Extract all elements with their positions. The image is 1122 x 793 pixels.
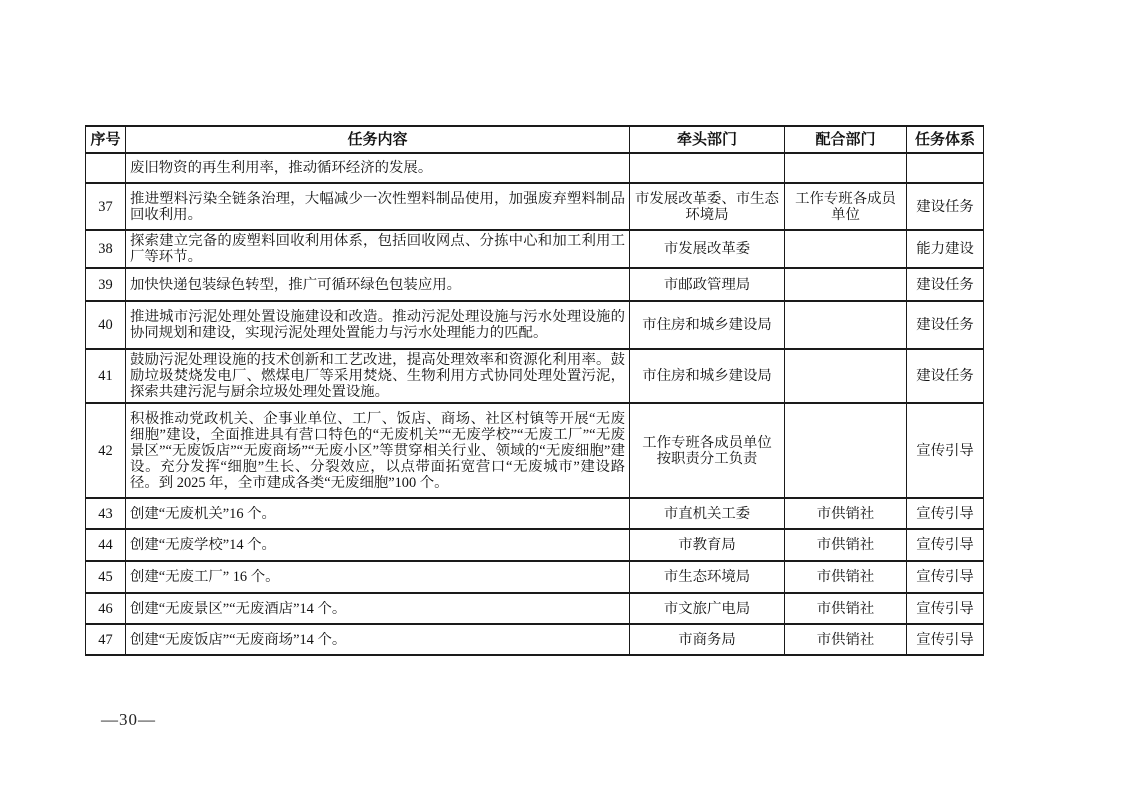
cell-lead-department: 市生态环境局 <box>630 561 785 593</box>
cell-support-department: 工作专班各成员 单位 <box>785 183 907 230</box>
cell-support-department: 市供销社 <box>785 498 907 529</box>
table-row: 43 创建“无废机关”16 个。 市直机关工委 市供销社 宣传引导 <box>86 498 984 529</box>
cell-serial: 43 <box>86 498 126 529</box>
cell-serial: 47 <box>86 624 126 655</box>
table-row: 47 创建“无废饭店”“无废商场”14 个。 市商务局 市供销社 宣传引导 <box>86 624 984 655</box>
cell-task-content: 创建“无废机关”16 个。 <box>126 498 630 529</box>
cell-lead-department: 市发展改革委 <box>630 230 785 268</box>
cell-task-content: 创建“无废学校”14 个。 <box>126 529 630 561</box>
header-cell-lead-department: 牵头部门 <box>630 126 785 153</box>
cell-serial: 39 <box>86 268 126 301</box>
cell-lead-department: 市文旅广电局 <box>630 593 785 624</box>
cell-task-content: 创建“无废饭店”“无废商场”14 个。 <box>126 624 630 655</box>
cell-task-content: 鼓励污泥处理设施的技术创新和工艺改进，提高处理效率和资源化利用率。鼓励垃圾焚烧发… <box>126 349 630 403</box>
cell-serial: 38 <box>86 230 126 268</box>
cell-serial: 45 <box>86 561 126 593</box>
table-row: 39 加快快递包装绿色转型，推广可循环绿色包装应用。 市邮政管理局 建设任务 <box>86 268 984 301</box>
table-row: 44 创建“无废学校”14 个。 市教育局 市供销社 宣传引导 <box>86 529 984 561</box>
table-row: 38 探索建立完备的废塑料回收利用体系，包括回收网点、分拣中心和加工利用工厂等环… <box>86 230 984 268</box>
header-cell-task-system: 任务体系 <box>907 126 984 153</box>
table-row: 41 鼓励污泥处理设施的技术创新和工艺改进，提高处理效率和资源化利用率。鼓励垃圾… <box>86 349 984 403</box>
table-row: 42 积极推动党政机关、企事业单位、工厂、饭店、商场、社区村镇等开展“无废细胞”… <box>86 403 984 498</box>
table-row: 37 推进塑料污染全链条治理，大幅减少一次性塑料制品使用，加强废弃塑料制品回收利… <box>86 183 984 230</box>
cell-lead-department: 市发展改革委、市生态 环境局 <box>630 183 785 230</box>
page-number: —30— <box>101 710 156 730</box>
cell-task-system: 宣传引导 <box>907 498 984 529</box>
cell-task-system: 宣传引导 <box>907 593 984 624</box>
cell-support-department <box>785 403 907 498</box>
cell-task-system: 宣传引导 <box>907 624 984 655</box>
cell-lead-department: 市邮政管理局 <box>630 268 785 301</box>
table-header-row: 序号 任务内容 牵头部门 配合部门 任务体系 <box>86 126 984 153</box>
cell-support-department <box>785 268 907 301</box>
cell-lead-department <box>630 153 785 183</box>
table-row: 46 创建“无废景区”“无废酒店”14 个。 市文旅广电局 市供销社 宣传引导 <box>86 593 984 624</box>
cell-lead-department: 工作专班各成员单位 按职责分工负责 <box>630 403 785 498</box>
cell-support-department: 市供销社 <box>785 624 907 655</box>
cell-task-content: 推进塑料污染全链条治理，大幅减少一次性塑料制品使用，加强废弃塑料制品回收利用。 <box>126 183 630 230</box>
cell-serial: 40 <box>86 301 126 349</box>
cell-serial: 42 <box>86 403 126 498</box>
cell-task-content: 积极推动党政机关、企事业单位、工厂、饭店、商场、社区村镇等开展“无废细胞”建设，… <box>126 403 630 498</box>
tasks-table: 序号 任务内容 牵头部门 配合部门 任务体系 废旧物资的再生利用率，推动循环经济… <box>85 125 984 656</box>
cell-lead-department: 市住房和城乡建设局 <box>630 349 785 403</box>
table-row: 45 创建“无废工厂” 16 个。 市生态环境局 市供销社 宣传引导 <box>86 561 984 593</box>
cell-serial: 41 <box>86 349 126 403</box>
table-row: 废旧物资的再生利用率，推动循环经济的发展。 <box>86 153 984 183</box>
cell-task-content: 探索建立完备的废塑料回收利用体系，包括回收网点、分拣中心和加工利用工厂等环节。 <box>126 230 630 268</box>
cell-task-system: 建设任务 <box>907 301 984 349</box>
cell-serial: 46 <box>86 593 126 624</box>
header-cell-support-department: 配合部门 <box>785 126 907 153</box>
cell-support-department: 市供销社 <box>785 529 907 561</box>
cell-lead-department: 市住房和城乡建设局 <box>630 301 785 349</box>
table-row: 40 推进城市污泥处理处置设施建设和改造。推动污泥处理设施与污水处理设施的协同规… <box>86 301 984 349</box>
cell-task-system: 建设任务 <box>907 268 984 301</box>
cell-task-system: 宣传引导 <box>907 561 984 593</box>
cell-task-content: 加快快递包装绿色转型，推广可循环绿色包装应用。 <box>126 268 630 301</box>
cell-serial: 37 <box>86 183 126 230</box>
document-page: 序号 任务内容 牵头部门 配合部门 任务体系 废旧物资的再生利用率，推动循环经济… <box>0 0 1122 793</box>
cell-support-department <box>785 230 907 268</box>
cell-serial <box>86 153 126 183</box>
header-cell-serial: 序号 <box>86 126 126 153</box>
cell-lead-department: 市直机关工委 <box>630 498 785 529</box>
cell-lead-department: 市教育局 <box>630 529 785 561</box>
cell-task-content: 推进城市污泥处理处置设施建设和改造。推动污泥处理设施与污水处理设施的协同规划和建… <box>126 301 630 349</box>
cell-task-system: 能力建设 <box>907 230 984 268</box>
cell-lead-department: 市商务局 <box>630 624 785 655</box>
cell-support-department <box>785 301 907 349</box>
header-cell-task-content: 任务内容 <box>126 126 630 153</box>
cell-support-department: 市供销社 <box>785 561 907 593</box>
cell-task-system <box>907 153 984 183</box>
cell-support-department: 市供销社 <box>785 593 907 624</box>
cell-serial: 44 <box>86 529 126 561</box>
cell-task-content: 创建“无废工厂” 16 个。 <box>126 561 630 593</box>
cell-support-department <box>785 349 907 403</box>
cell-task-system: 宣传引导 <box>907 529 984 561</box>
cell-support-department <box>785 153 907 183</box>
cell-task-content: 创建“无废景区”“无废酒店”14 个。 <box>126 593 630 624</box>
cell-task-content: 废旧物资的再生利用率，推动循环经济的发展。 <box>126 153 630 183</box>
cell-task-system: 宣传引导 <box>907 403 984 498</box>
cell-task-system: 建设任务 <box>907 349 984 403</box>
cell-task-system: 建设任务 <box>907 183 984 230</box>
